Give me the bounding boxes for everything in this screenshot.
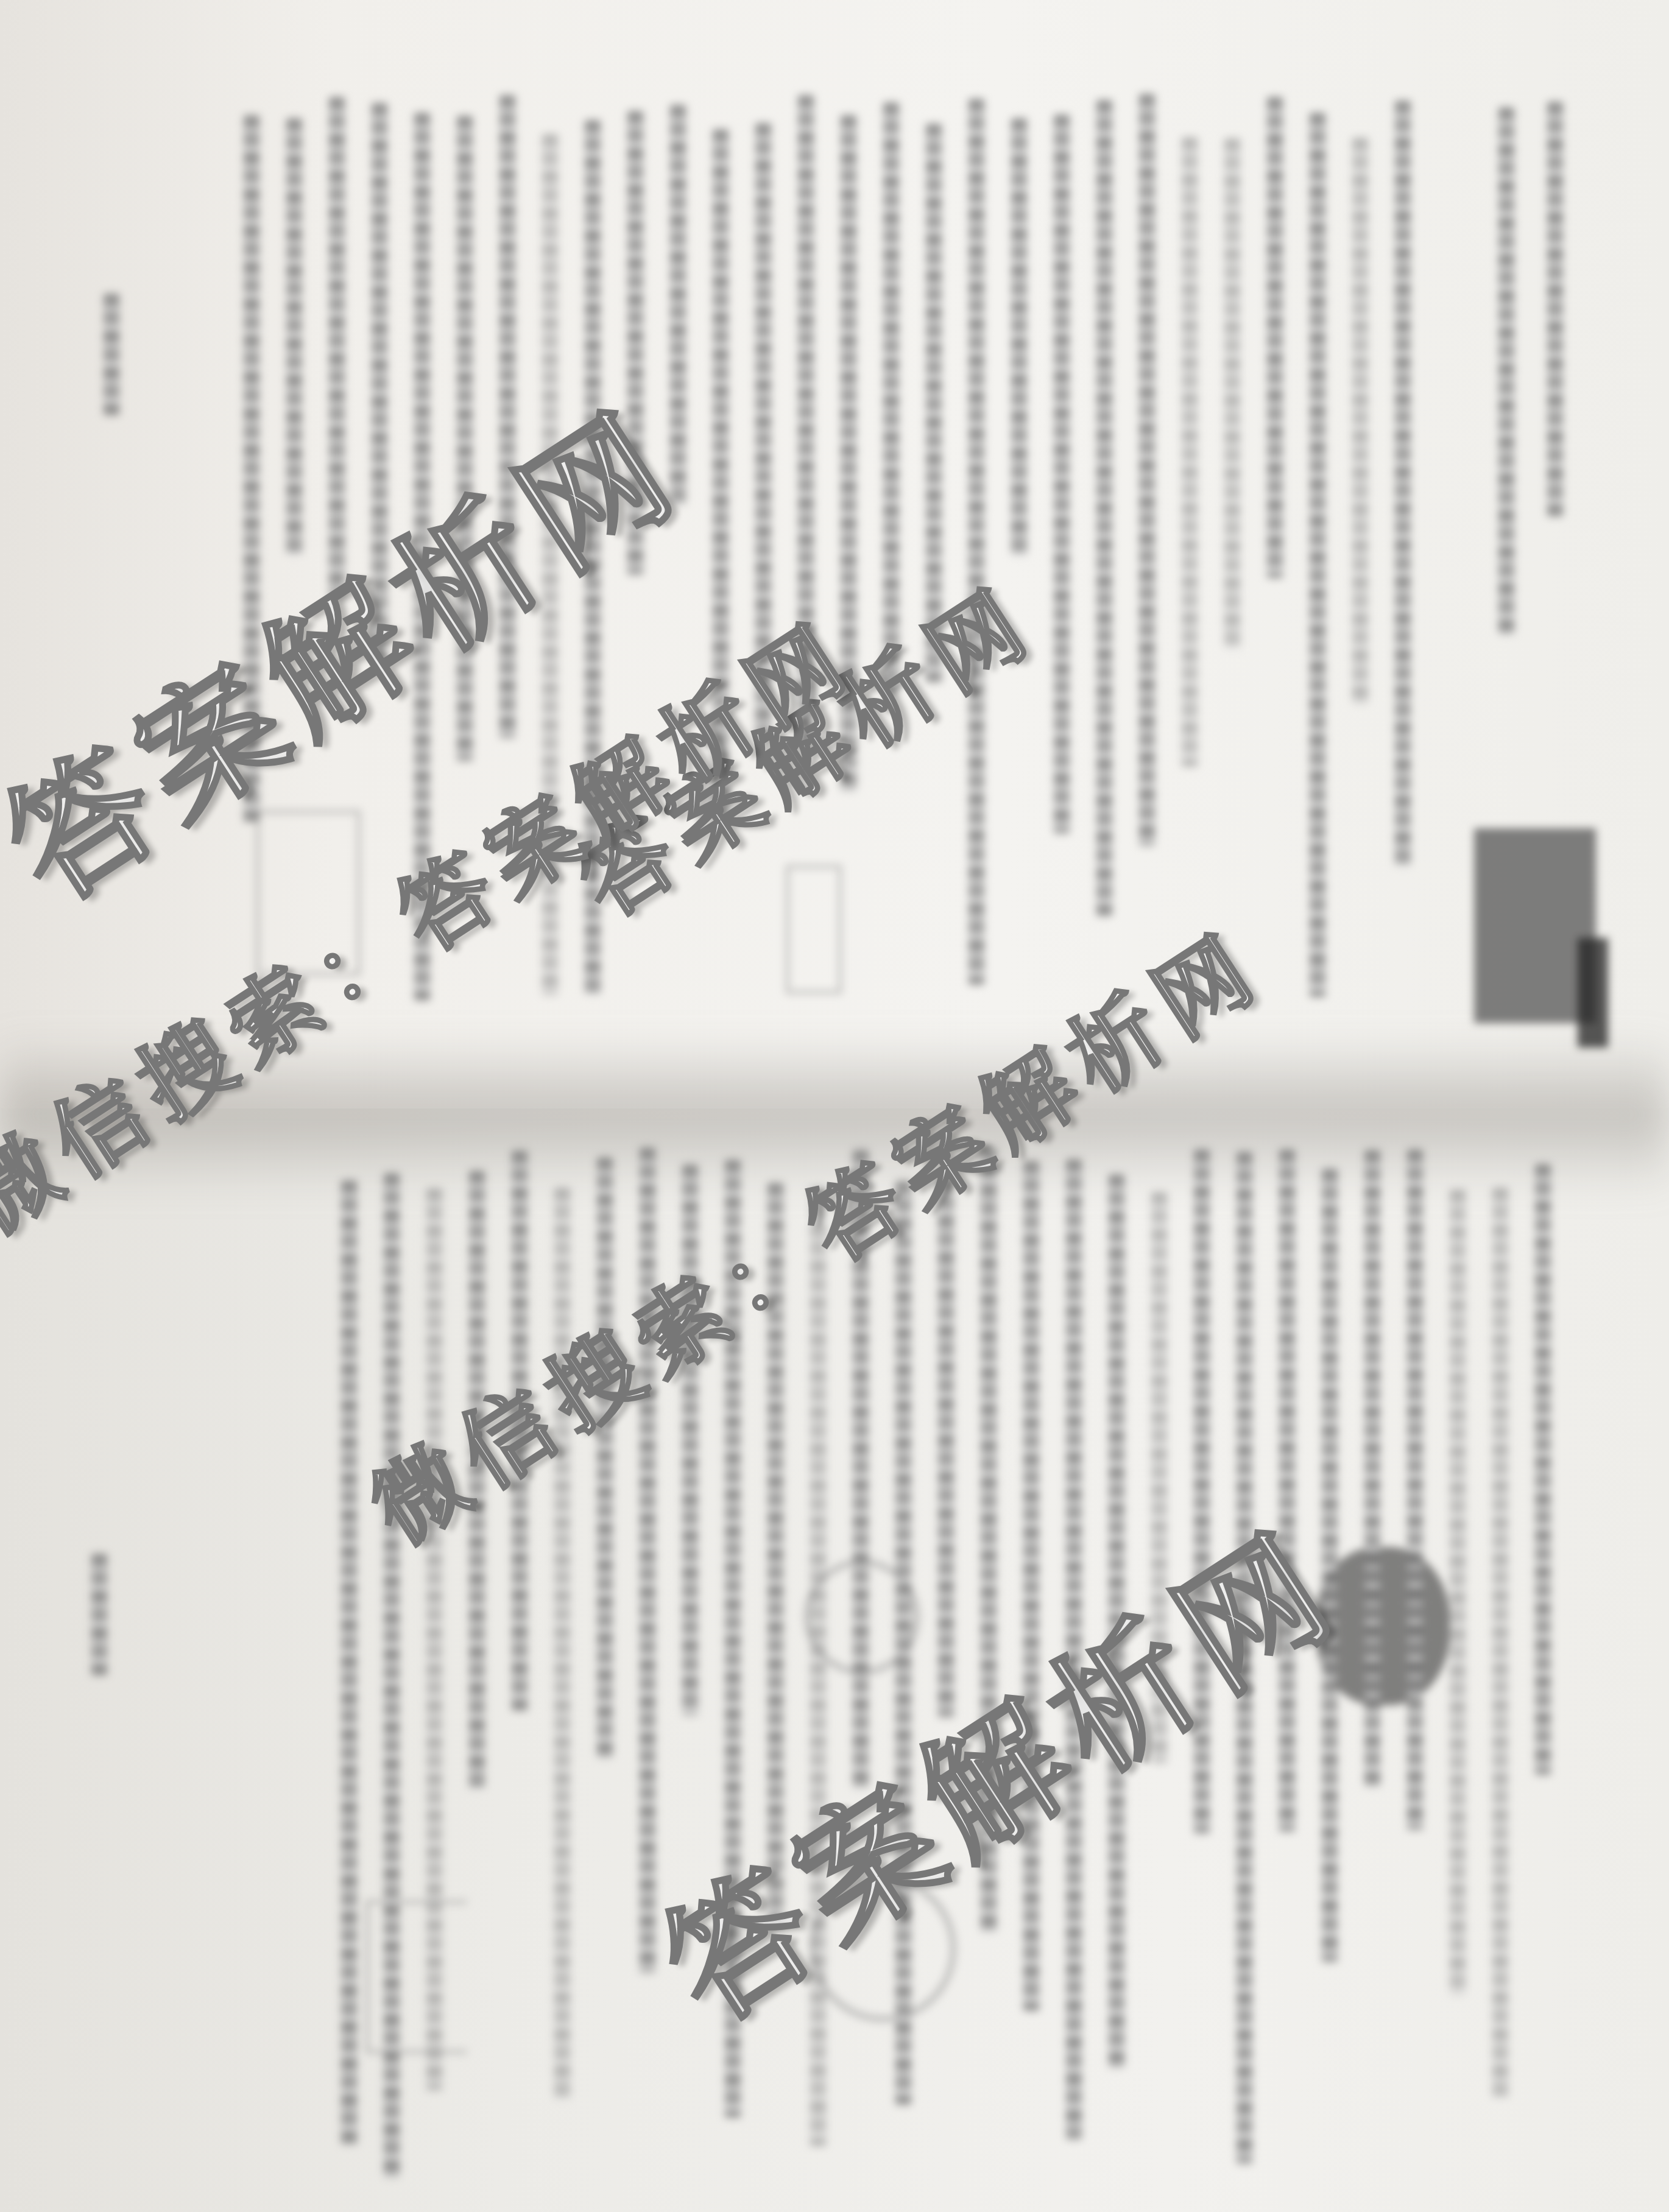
blurred-text-line <box>341 1180 357 2145</box>
blurred-text-line <box>1023 1161 1039 2011</box>
blurred-text-line <box>1011 118 1027 557</box>
blurred-text-line <box>969 99 984 985</box>
blurred-text-line <box>883 102 899 693</box>
blurred-text-line <box>1054 114 1070 834</box>
blurred-text-line <box>1407 1149 1423 1830</box>
blurred-text-line <box>1395 100 1411 867</box>
blurred-text-line <box>91 1554 107 1675</box>
blurred-text-line <box>895 1181 911 2105</box>
blurred-text-line <box>1279 1149 1295 1832</box>
qr-code-edge <box>1578 938 1608 1048</box>
blurred-text-line <box>1267 97 1283 578</box>
blurred-text-line <box>1492 1188 1508 2098</box>
blurred-text-line <box>1322 1169 1338 1962</box>
figure-pendulum <box>365 1900 467 2054</box>
figure-rect <box>786 865 842 994</box>
blurred-text-line <box>1498 107 1514 635</box>
blurred-text-line <box>1224 138 1240 650</box>
blurred-text-line <box>938 1178 954 1717</box>
blurred-text-line <box>1096 100 1112 916</box>
blurred-text-line <box>1182 137 1198 767</box>
blurred-text-line <box>1310 113 1325 997</box>
blurred-text-line <box>1364 1150 1380 1787</box>
blurred-text-line <box>426 1188 442 2091</box>
blurred-text-line <box>1535 1164 1551 1775</box>
blurred-text-line <box>597 1157 613 1758</box>
blurred-text-line <box>1547 102 1563 517</box>
blurred-text-line <box>670 105 686 506</box>
blurred-text-line <box>384 1173 400 2178</box>
blurred-text-line <box>1139 94 1155 846</box>
blurred-text-line <box>286 118 302 555</box>
blurred-text-line <box>1450 1189 1466 1995</box>
blurred-text-line <box>104 294 119 415</box>
blurred-text-line <box>1352 138 1368 704</box>
